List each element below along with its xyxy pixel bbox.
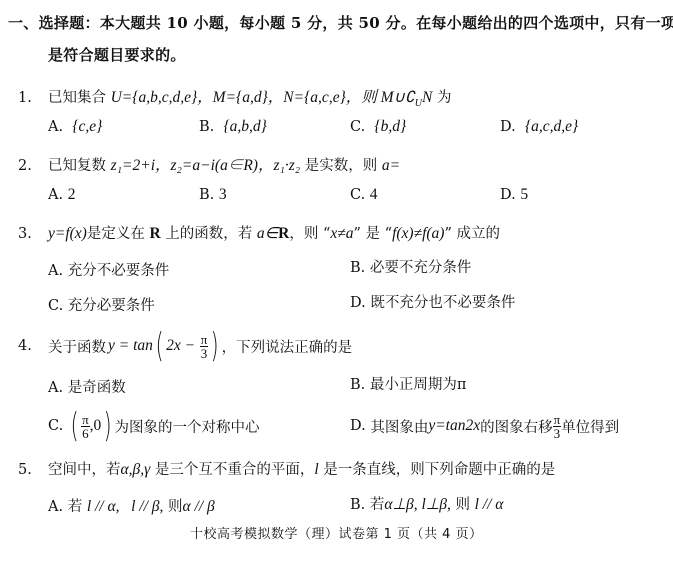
- question-2-option-d: D. 5: [500, 186, 528, 204]
- question-3-stem: 3.y=f(x)是定义在 R 上的函数，若 a∈R，则 “x≠a” 是 “f(x…: [18, 222, 500, 243]
- stem-text: 为: [432, 90, 451, 106]
- stem-text: 是一条直线，则下列命题中正确的是: [319, 462, 556, 478]
- option-text: {c,e}: [72, 118, 102, 135]
- option-math: y=tan2x: [428, 417, 480, 435]
- left-paren: (: [70, 409, 78, 443]
- question-number: 2.: [18, 158, 48, 174]
- option-text: 的图象右移: [480, 416, 553, 437]
- option-label: D.: [500, 119, 516, 135]
- option-label: D.: [350, 295, 366, 311]
- question-3-option-a: A. 充分不必要条件: [48, 259, 169, 280]
- stem-text: 关于函数: [48, 336, 106, 357]
- question-2-option-b: B. 3: [199, 186, 227, 204]
- question-2-stem: 2.已知复数 z₁=2+i，z₂=a−i(a∈R)，z₁·z₂ 是实数，则 a=: [18, 153, 400, 175]
- option-label: A.: [48, 380, 63, 396]
- option-text: 充分必要条件: [68, 298, 155, 314]
- option-text: 其图象由: [370, 416, 428, 437]
- question-1-stem: 1.已知集合 U={a,b,c,d,e}，M={a,d}，N={a,c,e}，则…: [18, 85, 451, 109]
- option-text: 最小正周期为π: [370, 377, 467, 393]
- question-number: 3.: [18, 226, 48, 242]
- question-4-option-c: C. (π6,0)为图象的一个对称中心: [48, 406, 260, 446]
- stem-text: 是实数，则: [300, 158, 382, 174]
- question-4-stem: 4.关于函数 y = tan(2x − π3)，下列说法正确的是: [18, 326, 352, 366]
- option-text: 必要不充分条件: [370, 260, 472, 276]
- section-heading-line2: 是符合题目要求的。: [48, 44, 186, 65]
- option-label: C.: [48, 298, 63, 314]
- option-label: B.: [350, 377, 365, 393]
- option-text: 单位得到: [561, 416, 619, 437]
- stem-text: ，下列说法正确的是: [222, 336, 353, 357]
- question-number: 5.: [18, 462, 48, 478]
- stem-math: α,β,γ: [121, 461, 151, 478]
- option-text: {a,b,d}: [223, 118, 266, 135]
- stem-text: ，则 “: [289, 226, 330, 242]
- stem-text: 是定义在: [87, 226, 150, 242]
- option-label: C.: [350, 119, 365, 135]
- left-paren: (: [156, 329, 164, 363]
- option-math: ,0: [90, 417, 102, 435]
- question-1-option-a: A. {c,e}: [48, 118, 102, 136]
- option-math: α // β: [183, 498, 215, 515]
- question-1-option-b: B. {a,b,d}: [199, 118, 267, 136]
- question-2-option-a: A. 2: [48, 186, 75, 204]
- question-5-stem: 5.空间中，若α,β,γ 是三个互不重合的平面，l 是一条直线，则下列命题中正确…: [18, 458, 555, 479]
- option-label: A.: [48, 499, 63, 515]
- question-number: 4.: [18, 338, 48, 354]
- fraction-denominator: 6: [81, 427, 90, 440]
- fraction-denominator: 3: [200, 347, 209, 360]
- fraction-numerator: π: [200, 333, 209, 347]
- option-text: 为图象的一个对称中心: [115, 416, 260, 437]
- option-text: 既不充分也不必要条件: [370, 295, 515, 311]
- stem-text: 空间中，若: [48, 462, 121, 478]
- stem-bold-r: R: [278, 225, 289, 242]
- option-text: 5: [520, 186, 528, 203]
- option-label: C.: [48, 418, 63, 434]
- stem-text: 上的函数，若: [161, 226, 257, 242]
- stem-subscript: U: [415, 98, 422, 109]
- question-2-option-c: C. 4: [350, 186, 378, 204]
- stem-math: a=: [382, 157, 400, 174]
- question-1-option-d: D. {a,c,d,e}: [500, 118, 578, 136]
- stem-inner: 2x −: [166, 337, 195, 355]
- option-text: 则: [163, 499, 182, 515]
- stem-func-text: y = tan: [108, 337, 153, 354]
- fraction: π6: [81, 413, 90, 440]
- option-label: B.: [199, 119, 214, 135]
- option-text: 若: [68, 499, 87, 515]
- page-footer: 十校高考模拟数学（理）试卷第 1 页（共 4 页）: [190, 523, 483, 542]
- stem-math: y=f(x): [48, 225, 87, 242]
- section-heading-line1: 一、选择题：本大题共 10 小题，每小题 5 分，共 50 分。在每小题给出的四…: [8, 12, 673, 33]
- option-text: {a,c,d,e}: [525, 118, 578, 135]
- option-label: D.: [500, 187, 516, 203]
- stem-text: 是三个互不重合的平面，: [150, 462, 314, 478]
- fraction-numerator: π: [81, 413, 90, 427]
- fraction: π3: [200, 333, 209, 360]
- option-label: B.: [199, 187, 214, 203]
- option-text: 4: [370, 186, 378, 203]
- question-1-option-c: C. {b,d}: [350, 118, 406, 136]
- stem-func: y = tan: [108, 337, 153, 355]
- fraction: π3: [553, 413, 562, 440]
- option-text: 2: [68, 186, 76, 203]
- option-text: 3: [219, 186, 227, 203]
- option-label: A.: [48, 187, 63, 203]
- stem-text: 已知集合: [48, 90, 111, 106]
- option-label: B.: [350, 260, 365, 276]
- option-math: l // α: [475, 496, 504, 513]
- question-4-option-b: B. 最小正周期为π: [350, 373, 466, 394]
- question-5-option-a: A. 若 l // α, l // β, 则α // β: [48, 495, 215, 516]
- stem-math: x≠a: [330, 225, 353, 242]
- question-3-option-d: D. 既不充分也不必要条件: [350, 291, 515, 312]
- option-text: 则: [451, 497, 475, 513]
- right-paren: ): [211, 329, 219, 363]
- stem-math: N: [422, 89, 432, 106]
- option-label: D.: [350, 418, 366, 434]
- stem-math: U={a,b,c,d,e}，M={a,d}，N={a,c,e}，则 M∪∁: [111, 89, 415, 106]
- option-label: C.: [350, 187, 365, 203]
- stem-bold-r: R: [149, 225, 160, 242]
- option-label: B.: [350, 497, 365, 513]
- option-text: 是奇函数: [68, 380, 126, 396]
- question-4-option-d: D. 其图象由 y=tan2x 的图象右移π3单位得到: [350, 406, 619, 446]
- stem-math: z₁=2+i，z₂=a−i(a∈R)，z₁·z₂: [111, 157, 301, 174]
- question-3-option-b: B. 必要不充分条件: [350, 256, 471, 277]
- question-4-option-a: A. 是奇函数: [48, 376, 126, 397]
- stem-math: a∈: [257, 225, 278, 242]
- stem-text: ” 成立的: [444, 226, 500, 242]
- question-5-option-b: B. 若α⊥β, l⊥β, 则 l // α: [350, 493, 503, 514]
- fraction-numerator: π: [553, 413, 562, 427]
- option-text: 充分不必要条件: [68, 263, 170, 279]
- stem-text: ” 是 “: [354, 226, 393, 242]
- option-label: A.: [48, 263, 63, 279]
- option-math: α⊥β, l⊥β,: [384, 496, 451, 513]
- fraction-denominator: 3: [553, 427, 562, 440]
- question-3-option-c: C. 充分必要条件: [48, 294, 155, 315]
- option-text: 若: [370, 497, 385, 513]
- option-text: {b,d}: [374, 118, 406, 135]
- right-paren: ): [104, 409, 112, 443]
- question-number: 1.: [18, 90, 48, 106]
- option-label: A.: [48, 119, 63, 135]
- stem-text: 已知复数: [48, 158, 111, 174]
- stem-math: f(x)≠f(a): [392, 225, 444, 242]
- option-math: l // α, l // β,: [87, 498, 164, 515]
